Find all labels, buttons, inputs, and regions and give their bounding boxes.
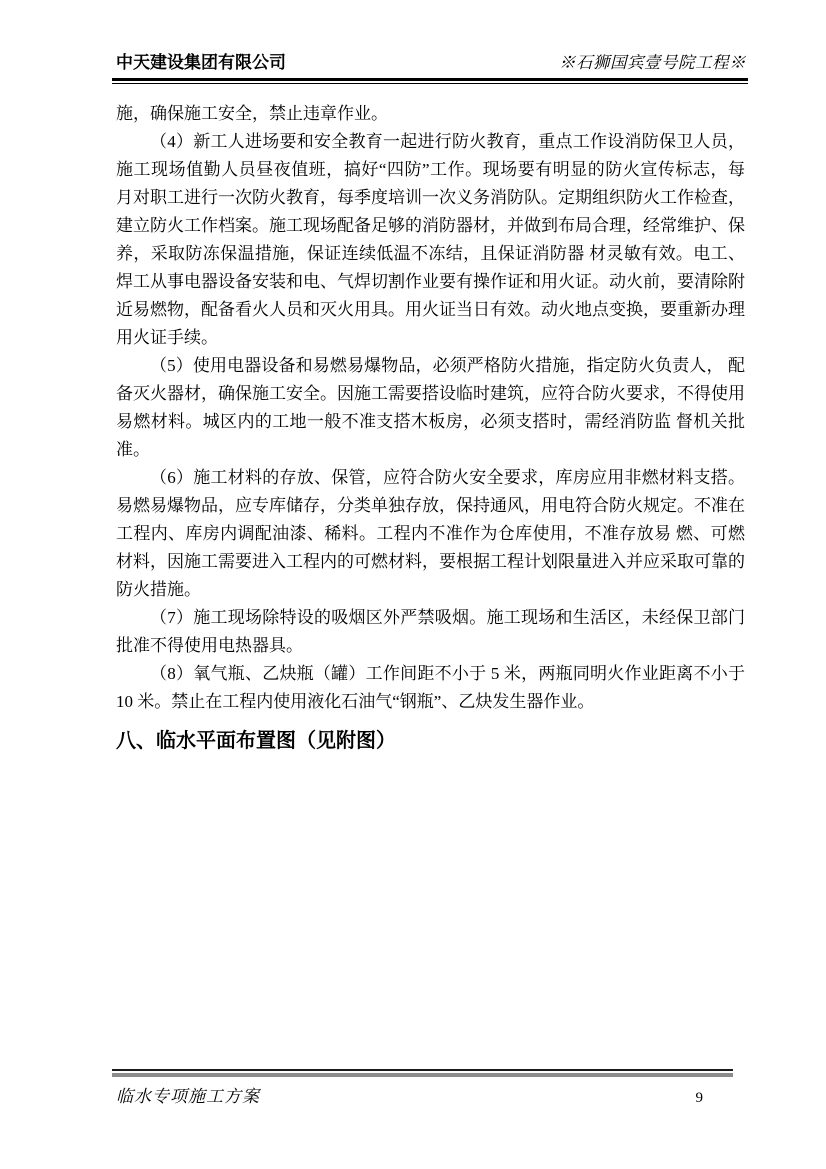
footer-row: 临水专项施工方案 9 xyxy=(112,1077,733,1107)
body-line: （5）使用电器设备和易燃易爆物品，必须严格防火措施，指定防火负责人， 配 xyxy=(116,352,745,380)
body-line: 工程内、库房内调配油漆、稀料。工程内不准作为仓库使用，不准存放易 燃、可燃 xyxy=(116,520,745,548)
body-line: （7）施工现场除特设的吸烟区外严禁吸烟。施工现场和生活区，未经保卫部门 xyxy=(116,604,745,632)
page-number: 9 xyxy=(696,1090,704,1107)
body-line: 近易燃物，配备看火人员和灭火用具。用火证当日有效。动火地点变换，要重新办理 xyxy=(116,296,745,324)
body-line: 施工现场值勤人员昼夜值班，搞好“四防”工作。现场要有明显的防火宣传标志，每 xyxy=(116,156,745,184)
body-line: 10 米。禁止在工程内使用液化石油气“钢瓶”、乙炔发生器作业。 xyxy=(116,688,745,716)
body-line: （8）氧气瓶、乙炔瓶（罐）工作间距不小于 5 米，两瓶同明火作业距离不小于 xyxy=(116,660,745,688)
header-row: 中天建设集团有限公司 ※石狮国宾壹号院工程※ xyxy=(112,48,748,78)
page-header: 中天建设集团有限公司 ※石狮国宾壹号院工程※ xyxy=(112,48,748,84)
body-line: 用火证手续。 xyxy=(116,324,745,352)
document-content: 施，确保施工安全，禁止违章作业。（4）新工人进场要和安全教育一起进行防火教育，重… xyxy=(116,100,745,754)
document-page: 中天建设集团有限公司 ※石狮国宾壹号院工程※ 施，确保施工安全，禁止违章作业。（… xyxy=(0,0,826,1169)
header-rule xyxy=(112,78,748,84)
body-line: 备灭火器材，确保施工安全。因施工需要搭设临时建筑，应符合防火要求，不得使用 xyxy=(116,380,745,408)
body-line: 准。 xyxy=(116,436,745,464)
body-line: 建立防火工作档案。施工现场配备足够的消防器材，并做到布局合理，经常维护、保 xyxy=(116,212,745,240)
body-line: （6）施工材料的存放、保管，应符合防火安全要求，库房应用非燃材料支搭。 xyxy=(116,464,745,492)
footer-rule xyxy=(112,1069,733,1077)
body-line: 易燃材料。城区内的工地一般不准支搭木板房，必须支搭时，需经消防监 督机关批 xyxy=(116,408,745,436)
body-line: （4）新工人进场要和安全教育一起进行防火教育，重点工作设消防保卫人员， xyxy=(116,128,745,156)
body-line: 易燃易爆物品，应专库储存，分类单独存放，保持通风，用电符合防火规定。不准在 xyxy=(116,492,745,520)
section-heading: 八、临水平面布置图（见附图） xyxy=(116,728,745,754)
body-line: 焊工从事电器设备安装和电、气焊切割作业要有操作证和用火证。动火前，要清除附 xyxy=(116,268,745,296)
body-line: 批准不得使用电热器具。 xyxy=(116,632,745,660)
body-line: 材料，因施工需要进入工程内的可燃材料，要根据工程计划限量进入并应采取可靠的 xyxy=(116,548,745,576)
body-lines: 施，确保施工安全，禁止违章作业。（4）新工人进场要和安全教育一起进行防火教育，重… xyxy=(116,100,745,716)
page-footer: 临水专项施工方案 9 xyxy=(112,1069,733,1107)
body-line: 施，确保施工安全，禁止违章作业。 xyxy=(116,100,745,128)
company-name: 中天建设集团有限公司 xyxy=(116,48,286,73)
body-line: 防火措施。 xyxy=(116,576,745,604)
body-line: 养，采取防冻保温措施，保证连续低温不冻结，且保证消防器 材灵敏有效。电工、 xyxy=(116,240,745,268)
project-name: ※石狮国宾壹号院工程※ xyxy=(559,49,746,73)
body-line: 月对职工进行一次防火教育，每季度培训一次义务消防队。定期组织防火工作检查， xyxy=(116,184,745,212)
footer-doc-title: 临水专项施工方案 xyxy=(116,1082,260,1107)
